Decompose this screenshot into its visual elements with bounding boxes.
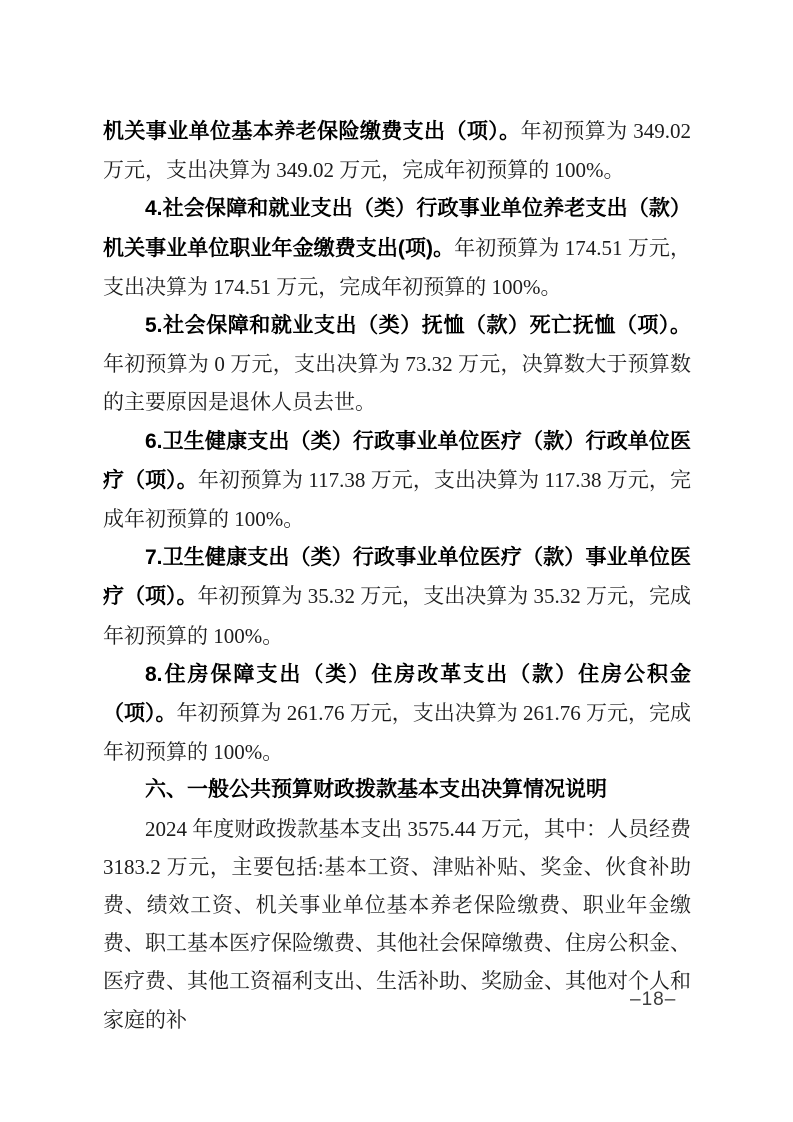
paragraph-item-4: 4.社会保障和就业支出（类）行政事业单位养老支出（款）机关事业单位职业年金缴费支… [103,189,691,306]
paragraph-item-7: 7.卫生健康支出（类）行政事业单位医疗（款）事业单位医疗（项）。年初预算为 35… [103,538,691,655]
paragraph-pension-contribution: 机关事业单位基本养老保险缴费支出（项）。年初预算为 349.02 万元，支出决算… [103,112,691,189]
paragraph-lead: 机关事业单位基本养老保险缴费支出（项）。 [103,120,521,143]
paragraph-item-5: 5.社会保障和就业支出（类）抚恤（款）死亡抚恤（项）。年初预算为 0 万元，支出… [103,306,691,422]
paragraph-lead: 5.社会保障和就业支出（类）抚恤（款）死亡抚恤（项）。 [145,314,691,337]
paragraph-item-8: 8.住房保障支出（类）住房改革支出（款）住房公积金（项）。年初预算为 261.7… [103,655,691,772]
paragraph-basic-expenditure: 2024 年度财政拨款基本支出 3575.44 万元，其中：人员经费 3183.… [103,810,691,1039]
paragraph-text: 2024 年度财政拨款基本支出 3575.44 万元，其中：人员经费 3183.… [103,817,691,1032]
page-number: –18– [630,988,676,1012]
document-page: 机关事业单位基本养老保险缴费支出（项）。年初预算为 349.02 万元，支出决算… [0,0,793,1122]
paragraph-item-6: 6.卫生健康支出（类）行政事业单位医疗（款）行政单位医疗（项）。年初预算为 11… [103,422,691,539]
paragraph-text: 年初预算为 261.76 万元，支出决算为 261.76 万元，完成年初预算的 … [103,701,691,764]
section-heading: 六、一般公共预算财政拨款基本支出决算情况说明 [103,771,691,809]
paragraph-text: 年初预算为 0 万元，支出决算为 73.32 万元，决算数大于预算数的主要原因是… [103,352,691,414]
document-body: 机关事业单位基本养老保险缴费支出（项）。年初预算为 349.02 万元，支出决算… [103,112,691,1039]
